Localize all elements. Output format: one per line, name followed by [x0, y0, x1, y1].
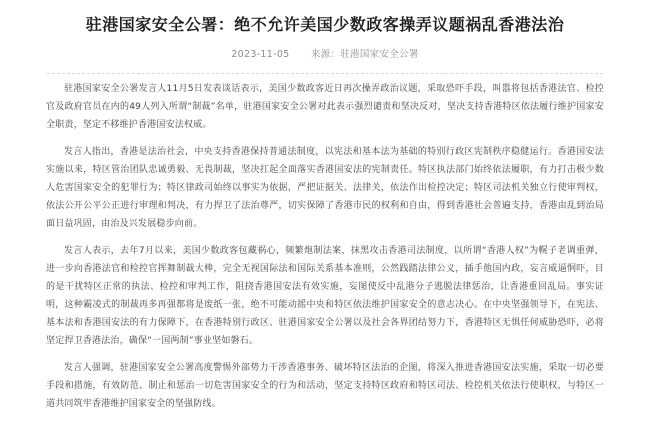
- article-paragraph: 发言人强调，驻港国家安全公署高度警惕外部势力干涉香港事务、破坏特区法治的企图，将…: [46, 359, 604, 413]
- article-meta: 2023-11-05 来源：驻港国家安全公署: [0, 46, 650, 60]
- article-date: 2023-11-05: [231, 49, 289, 60]
- article-paragraph: 发言人表示，去年7月以来，美国少数政客包藏祸心，频繁炮制法案，抹黑攻击香港司法制…: [46, 242, 604, 350]
- article-paragraph: 驻港国家安全公署发言人11月5日发表谈话表示，美国少数政客近日再次操弄政治议题，…: [46, 80, 604, 134]
- article-source: 来源：驻港国家安全公署: [311, 49, 419, 60]
- article-body: 驻港国家安全公署发言人11月5日发表谈话表示，美国少数政客近日再次操弄政治议题，…: [0, 74, 650, 413]
- article-page: 驻港国家安全公署：绝不允许美国少数政客操弄议题祸乱香港法治 2023-11-05…: [0, 0, 650, 437]
- article-paragraph: 发言人指出，香港是法治社会，中央支持香港保持普通法制度，以宪法和基本法为基础的特…: [46, 143, 604, 233]
- article-title: 驻港国家安全公署：绝不允许美国少数政客操弄议题祸乱香港法治: [40, 14, 610, 36]
